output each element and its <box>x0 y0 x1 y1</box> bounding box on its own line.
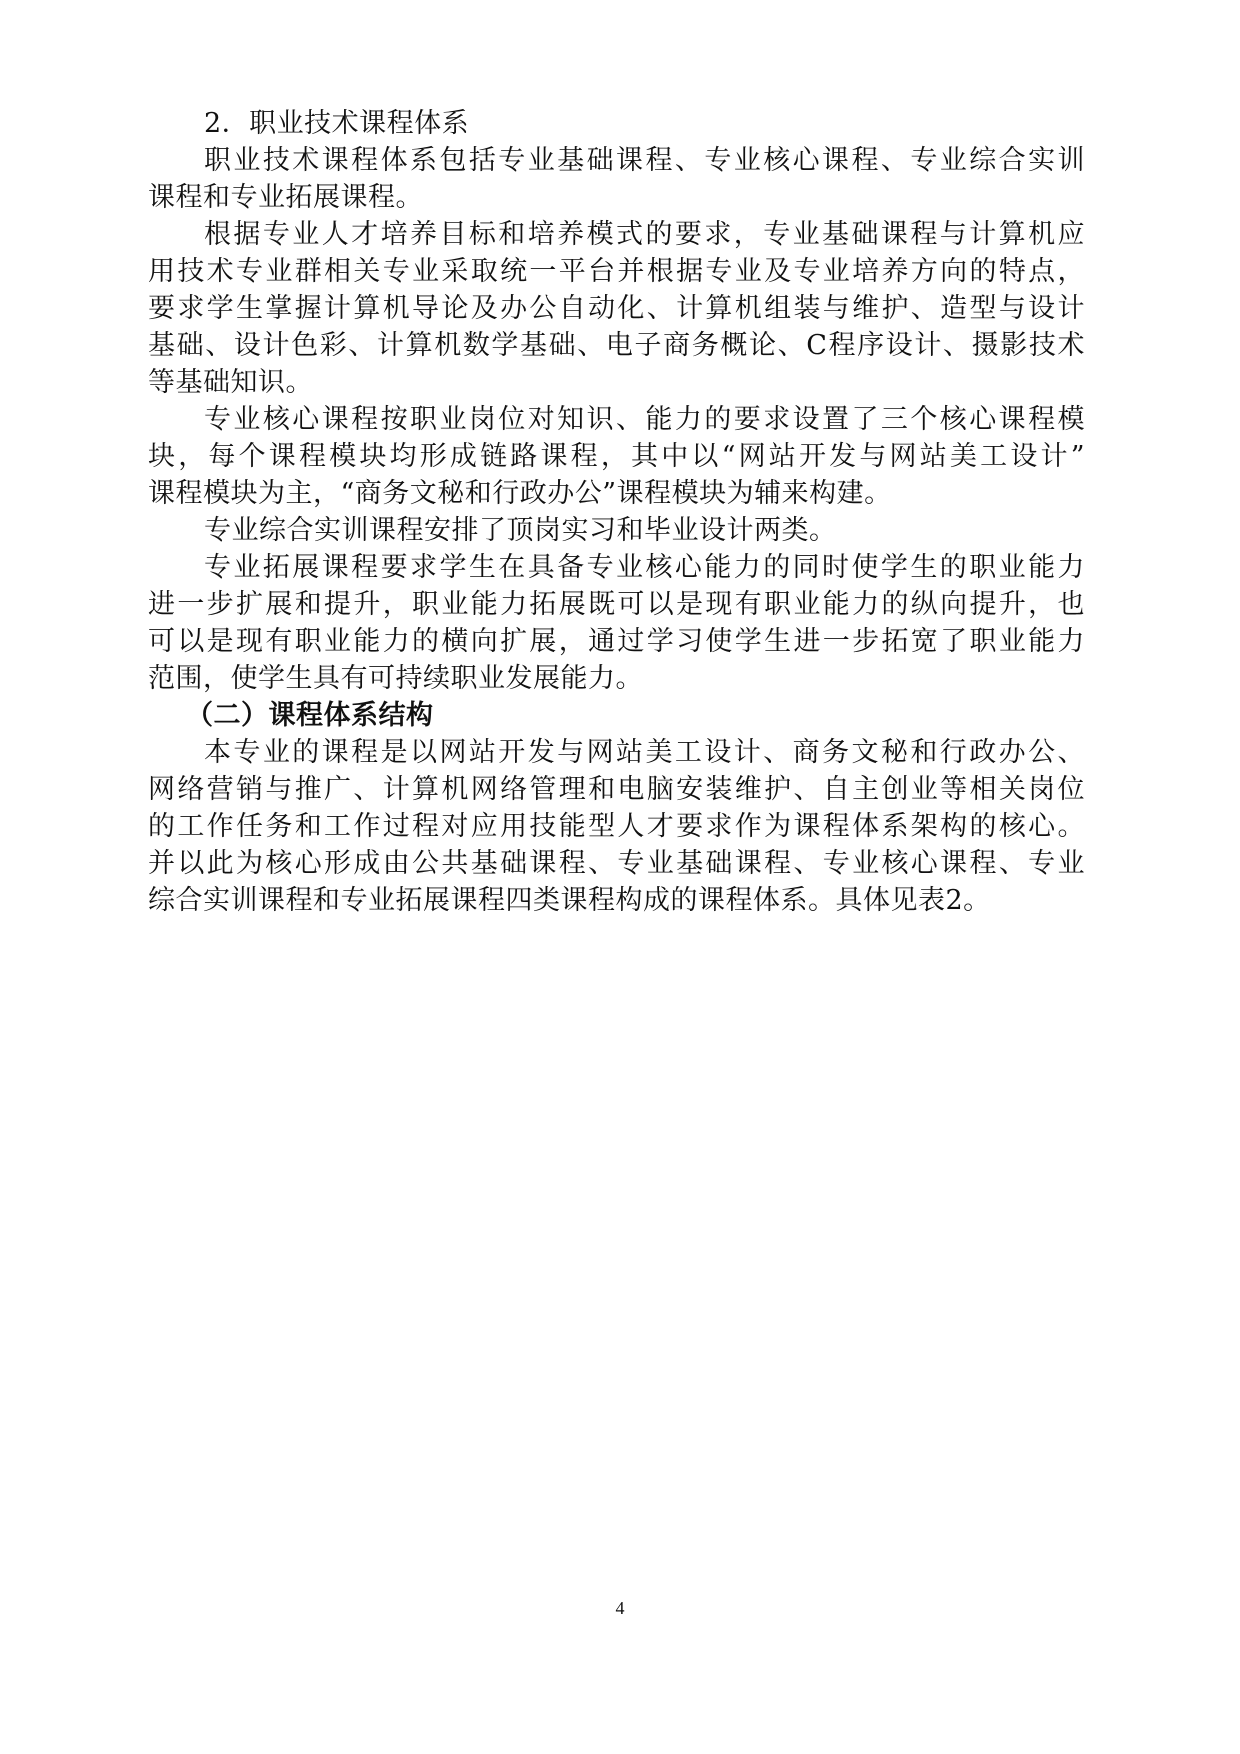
paragraph-line: 职业技术课程体系包括专业基础课程、专业核心课程、专业综合实训 <box>204 142 1085 179</box>
section-heading: 2．职业技术课程体系 <box>204 105 1085 142</box>
paragraph-line: 等基础知识。 <box>148 364 1085 401</box>
paragraph-line: 本专业的课程是以网站开发与网站美工设计、商务文秘和行政办公、 <box>204 734 1085 771</box>
document-page: 2．职业技术课程体系 职业技术课程体系包括专业基础课程、专业核心课程、专业综合实… <box>0 0 1240 1754</box>
paragraph-line: 要求学生掌握计算机导论及办公自动化、计算机组装与维护、造型与设计 <box>148 290 1085 327</box>
paragraph-line: 根据专业人才培养目标和培养模式的要求，专业基础课程与计算机应 <box>204 216 1085 253</box>
paragraph-line: 用技术专业群相关专业采取统一平台并根据专业及专业培养方向的特点， <box>148 253 1085 290</box>
page-number: 4 <box>0 1598 1240 1619</box>
paragraph-line: 块，每个课程模块均形成链路课程，其中以“网站开发与网站美工设计” <box>148 438 1085 475</box>
paragraph-line: 综合实训课程和专业拓展课程四类课程构成的课程体系。具体见表2。 <box>148 882 1085 919</box>
paragraph-line: 网络营销与推广、计算机网络管理和电脑安装维护、自主创业等相关岗位 <box>148 771 1085 808</box>
paragraph-line: 的工作任务和工作过程对应用技能型人才要求作为课程体系架构的核心。 <box>148 808 1085 845</box>
paragraph-line: 课程模块为主，“商务文秘和行政办公”课程模块为辅来构建。 <box>148 475 1085 512</box>
paragraph-line: 专业拓展课程要求学生在具备专业核心能力的同时使学生的职业能力 <box>204 549 1085 586</box>
paragraph-line: 进一步扩展和提升，职业能力拓展既可以是现有职业能力的纵向提升，也 <box>148 586 1085 623</box>
paragraph-line: 范围，使学生具有可持续职业发展能力。 <box>148 660 1085 697</box>
paragraph-line: 并以此为核心形成由公共基础课程、专业基础课程、专业核心课程、专业 <box>148 845 1085 882</box>
paragraph-line: 专业核心课程按职业岗位对知识、能力的要求设置了三个核心课程模 <box>204 401 1085 438</box>
paragraph-line: 课程和专业拓展课程。 <box>148 179 1085 216</box>
section-heading-bold: （二）课程体系结构 <box>186 697 1067 734</box>
paragraph-line: 基础、设计色彩、计算机数学基础、电子商务概论、C程序设计、摄影技术 <box>148 327 1085 364</box>
paragraph-line: 可以是现有职业能力的横向扩展，通过学习使学生进一步拓宽了职业能力 <box>148 623 1085 660</box>
paragraph-line: 专业综合实训课程安排了顶岗实习和毕业设计两类。 <box>204 512 1085 549</box>
